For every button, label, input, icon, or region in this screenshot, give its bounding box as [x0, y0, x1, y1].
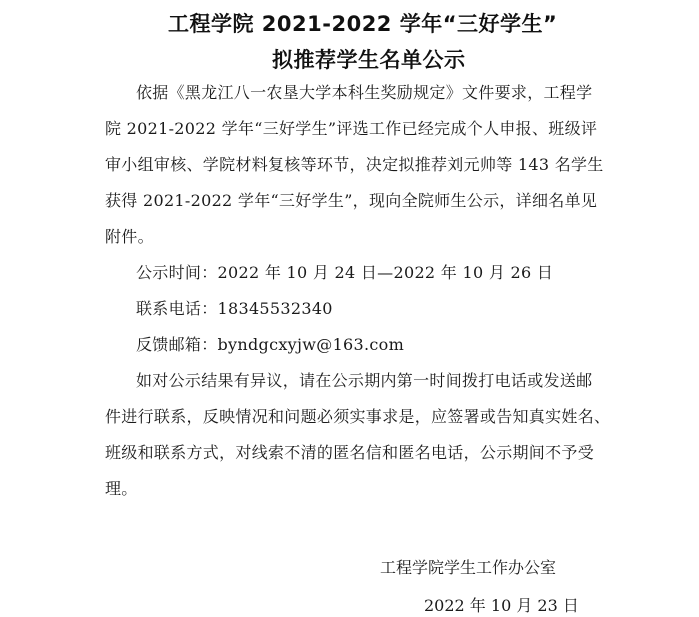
paragraph-line: 依据《黑龙江八一农垦大学本科生奖励规定》文件要求，工程学 [136, 80, 592, 103]
paragraph-line: 班级和联系方式，对线索不清的匿名信和匿名电话，公示期间不予受 [105, 440, 594, 463]
feedback-email-value: byndgcxyjw@163.com [218, 335, 405, 354]
paragraph-line: 审小组审核、学院材料复核等环节，决定拟推荐刘元帅等 143 名学生 [105, 152, 604, 175]
signature-date: 2022 年 10 月 23 日 [424, 593, 579, 616]
paragraph-line: 理。 [105, 476, 138, 499]
paragraph-line: 件进行联系，反映情况和问题必须实事求是，应签署或告知真实姓名、 [105, 404, 610, 427]
publicity-period-label: 公示时间： [136, 263, 218, 282]
paragraph-line: 获得 2021-2022 学年“三好学生”，现向全院师生公示，详细名单见 [105, 188, 597, 211]
document-title-line-2: 拟推荐学生名单公示 [272, 44, 466, 74]
contact-phone: 联系电话：18345532340 [136, 296, 333, 319]
notice-document: 工程学院 2021-2022 学年“三好学生” 拟推荐学生名单公示 依据《黑龙江… [0, 0, 699, 617]
paragraph-line: 院 2021-2022 学年“三好学生”评选工作已经完成个人申报、班级评 [105, 116, 597, 139]
paragraph-line: 附件。 [105, 224, 154, 247]
document-title-line-1: 工程学院 2021-2022 学年“三好学生” [168, 8, 557, 38]
contact-phone-label: 联系电话： [136, 299, 218, 318]
publicity-period: 公示时间：2022 年 10 月 24 日—2022 年 10 月 26 日 [136, 260, 553, 283]
feedback-email-label: 反馈邮箱： [136, 335, 218, 354]
contact-phone-value: 18345532340 [218, 299, 333, 318]
feedback-email: 反馈邮箱：byndgcxyjw@163.com [136, 332, 404, 355]
publicity-period-value: 2022 年 10 月 24 日—2022 年 10 月 26 日 [218, 263, 554, 282]
signature-office: 工程学院学生工作办公室 [380, 555, 556, 578]
paragraph-line: 如对公示结果有异议，请在公示期内第一时间拨打电话或发送邮 [136, 368, 592, 391]
